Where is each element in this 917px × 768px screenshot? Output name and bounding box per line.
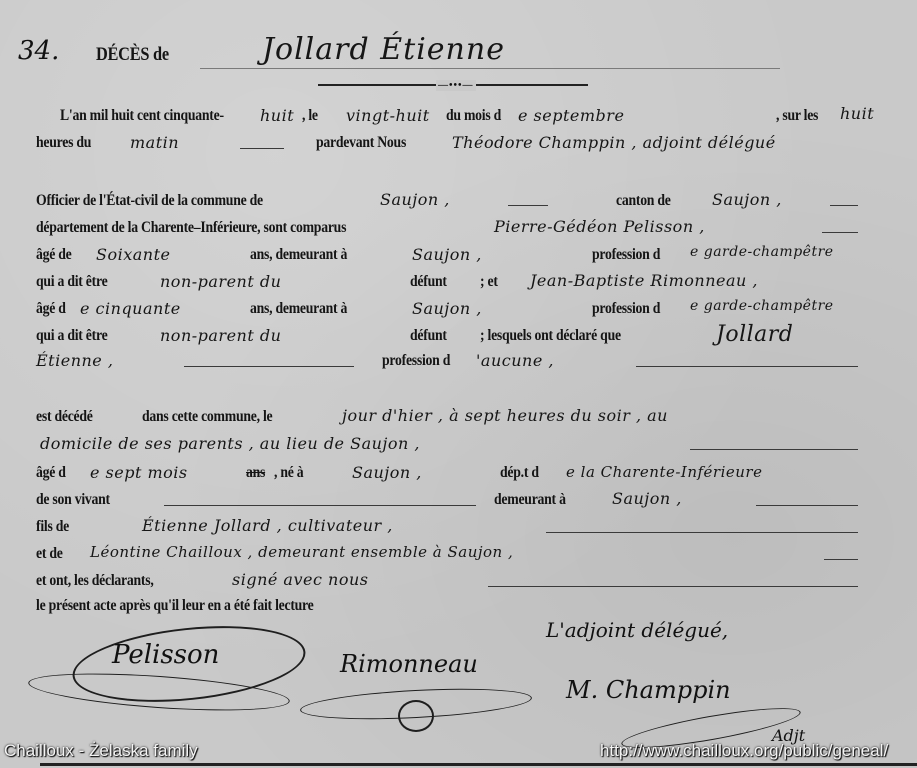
signature-officer-name: M. Champpin xyxy=(566,676,731,704)
text-defunt: défunt xyxy=(410,273,447,291)
blank-rule xyxy=(508,205,548,206)
entry-officer: Théodore Champpin , adjoint délégué xyxy=(452,133,776,152)
text-ans-demeurant: ans, demeurant à xyxy=(250,246,347,264)
entry-death-place: domicile de ses parents , au lieu de Sau… xyxy=(40,434,420,453)
entry-witness2-age: e cinquante xyxy=(80,299,181,318)
entry-witness1-residence: Saujon , xyxy=(412,245,482,264)
text-ans-struck: ans xyxy=(246,464,265,482)
title-ornament: —•••— xyxy=(318,80,588,90)
entry-deceased-surname: Jollard xyxy=(716,322,793,347)
entry-birthplace: Saujon , xyxy=(352,463,422,482)
text-ans-demeurant: ans, demeurant à xyxy=(250,300,347,318)
entry-witness1-profession: e garde-champêtre xyxy=(690,244,834,260)
blank-rule xyxy=(164,505,476,506)
entry-witness1-relation: non-parent du xyxy=(160,272,281,291)
entry-month: e septembre xyxy=(518,106,624,125)
entry-witness1-age: Soixante xyxy=(96,245,170,264)
text-est-decede: est décédé xyxy=(36,408,93,426)
entry-witness1-name: Pierre-Gédéon Pelisson , xyxy=(494,217,705,236)
entry-deceased-given-name: Étienne , xyxy=(36,351,113,370)
blank-rule xyxy=(824,559,858,560)
text-demeurant-a: demeurant à xyxy=(494,491,566,509)
blank-rule xyxy=(184,366,354,367)
text-age-de: âgé de xyxy=(36,246,72,264)
text-et-de: et de xyxy=(36,545,63,563)
page-bottom-border xyxy=(40,763,917,766)
entry-witness2-relation: non-parent du xyxy=(160,326,281,345)
text-dans-commune: dans cette commune, le xyxy=(142,408,272,426)
blank-rule xyxy=(756,505,858,506)
text-age-d: âgé d xyxy=(36,300,66,318)
entry-witness2-residence: Saujon , xyxy=(412,299,482,318)
text-profession-d: profession d xyxy=(382,352,450,370)
signature-witness1: Pelisson xyxy=(112,640,219,670)
entry-time-of-day: matin xyxy=(130,133,179,152)
text-profession: profession d xyxy=(592,246,660,264)
signature-officer-title: L'adjoint délégué, xyxy=(546,618,728,642)
text-dept: dép.t d xyxy=(500,464,539,482)
blank-rule xyxy=(822,232,858,233)
entry-mother: Léontine Chailloux , demeurant ensemble … xyxy=(90,543,513,561)
text-lesquels-declare: ; lesquels ont déclaré que xyxy=(480,327,621,345)
text-present-acte: le présent acte après qu'il leur en a ét… xyxy=(36,597,314,615)
text-officier-commune: Officier de l'État-civil de la commune d… xyxy=(36,192,263,210)
text-et: ; et xyxy=(480,273,498,291)
entry-death-time: jour d'hier , à sept heures du soir , au xyxy=(342,406,668,425)
text-sur-les: , sur les xyxy=(776,107,818,125)
text-heures-du: heures du xyxy=(36,134,91,152)
title-underline xyxy=(200,68,780,69)
entry-day: vingt-huit xyxy=(346,106,430,125)
text-fils-de: fils de xyxy=(36,518,69,536)
blank-rule xyxy=(240,148,284,149)
text-departement-comparus: département de la Charente–Inférieure, s… xyxy=(36,219,346,237)
text-et-ont-declarants: et ont, les déclarants, xyxy=(36,572,154,590)
text-year-prefix: L'an mil huit cent cinquante- xyxy=(60,107,224,125)
text-qui-a-dit: qui a dit être xyxy=(36,327,107,345)
record-title: DÉCÈS de xyxy=(96,44,169,66)
text-defunt: défunt xyxy=(410,327,447,345)
entry-commune: Saujon , xyxy=(380,190,450,209)
entry-signature-statement: signé avec nous xyxy=(232,570,368,589)
entry-father: Étienne Jollard , cultivateur , xyxy=(142,516,393,535)
deceased-name-heading: Jollard Étienne xyxy=(262,32,505,67)
entry-canton: Saujon , xyxy=(712,190,782,209)
entry-deceased-residence: Saujon , xyxy=(612,489,682,508)
watermark-url[interactable]: http://www.chailloux.org/public/geneal/ xyxy=(600,741,888,761)
entry-deceased-age: e sept mois xyxy=(90,463,188,482)
entry-deceased-profession: 'aucune , xyxy=(476,351,554,370)
text-de-son-vivant: de son vivant xyxy=(36,491,110,509)
signature-flourish-2b xyxy=(398,700,434,732)
text-le: , le xyxy=(302,107,318,125)
blank-rule xyxy=(830,205,858,206)
watermark-family: Chailloux - Żelaska family xyxy=(4,741,198,761)
text-ne-a: , né à xyxy=(274,464,303,482)
entry-year: huit xyxy=(260,106,294,125)
text-du-mois: du mois d xyxy=(446,107,501,125)
blank-rule xyxy=(546,532,858,533)
signature-witness2: Rimonneau xyxy=(340,650,478,678)
text-age-d: âgé d xyxy=(36,464,66,482)
blank-rule xyxy=(690,449,858,450)
entry-birth-department: e la Charente-Inférieure xyxy=(566,463,762,481)
entry-hour: huit xyxy=(840,104,874,123)
blank-rule xyxy=(636,366,858,367)
text-canton: canton de xyxy=(616,192,671,210)
entry-witness2-name: Jean-Baptiste Rimonneau , xyxy=(530,271,758,290)
text-pardevant-nous: pardevant Nous xyxy=(316,134,406,152)
record-number: 34. xyxy=(18,36,59,66)
text-profession: profession d xyxy=(592,300,660,318)
blank-rule xyxy=(488,586,858,587)
text-qui-a-dit: qui a dit être xyxy=(36,273,107,291)
entry-witness2-profession: e garde-champêtre xyxy=(690,298,834,314)
